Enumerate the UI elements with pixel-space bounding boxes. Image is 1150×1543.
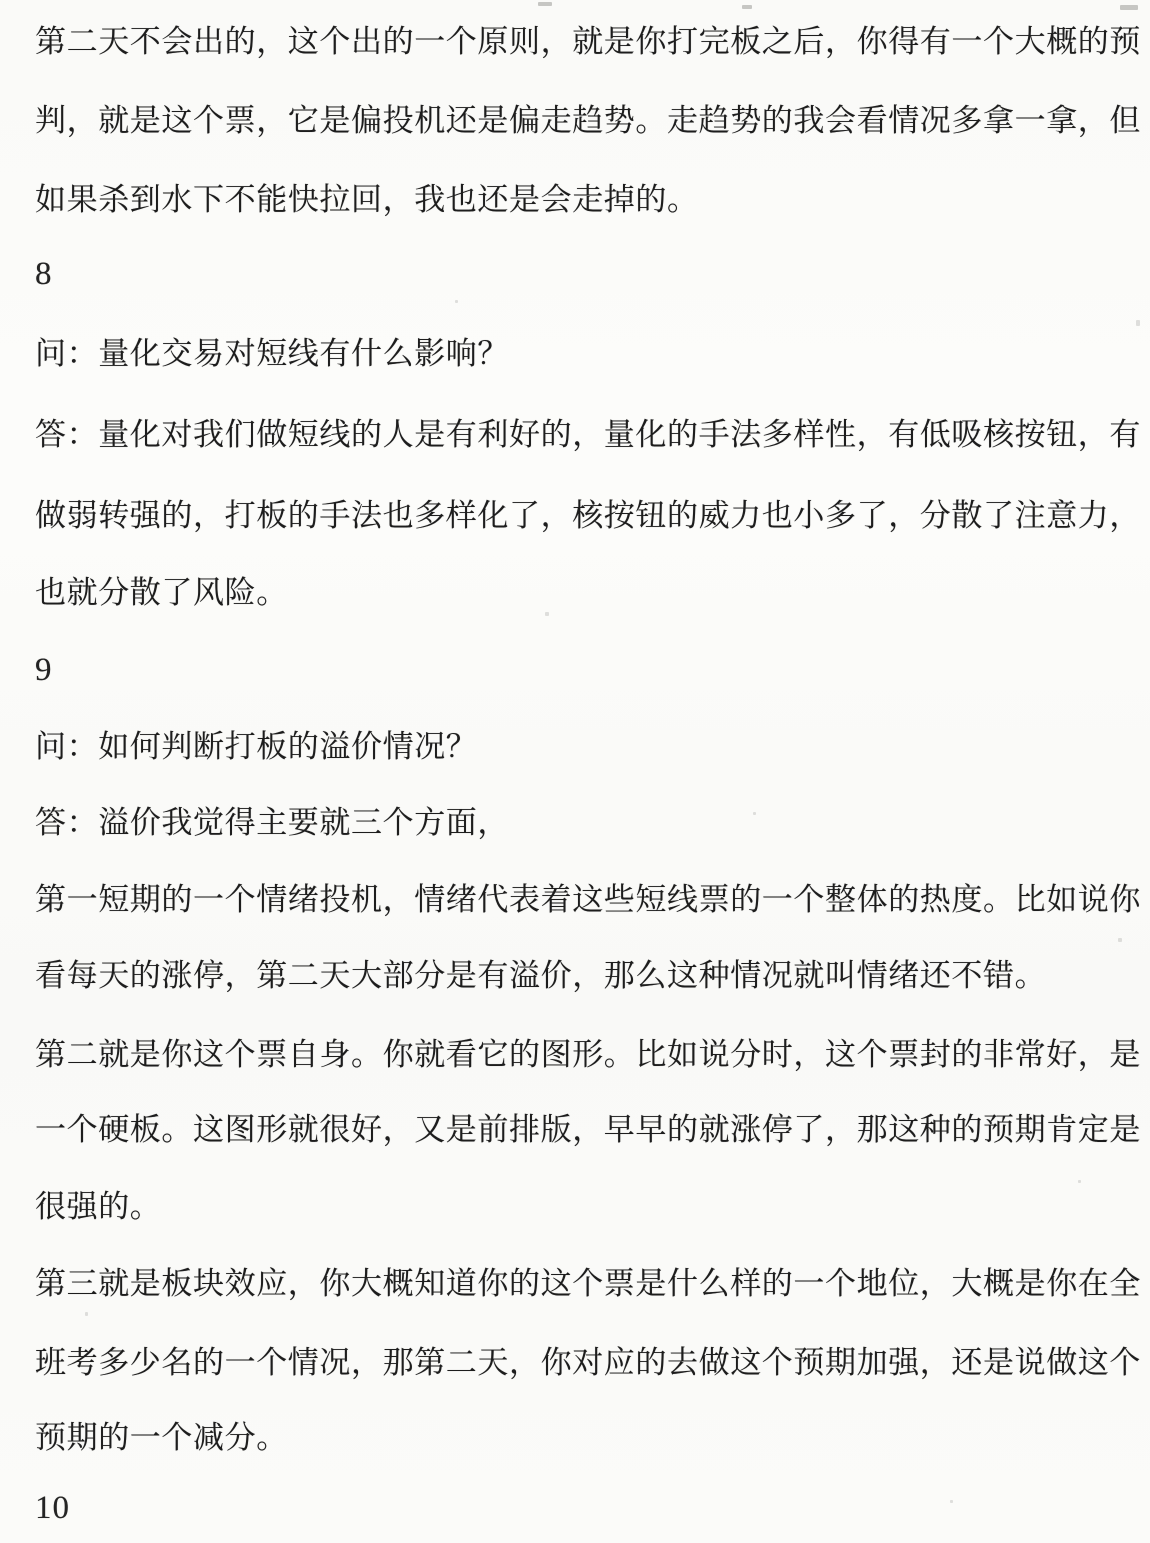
text-line: 判，就是这个票，它是偏投机还是偏走趋势。走趋势的我会看情况多拿一拿，但 [35,103,1135,139]
scan-speck [85,1312,88,1316]
text-line: 也就分散了风险。 [35,575,1135,611]
scan-speck [742,5,752,9]
question-line: 问：量化交易对短线有什么影响？ [35,336,1135,372]
scan-speck [1120,5,1138,10]
text-line: 一个硬板。这图形就很好，又是前排版，早早的就涨停了，那这种的预期肯定是 [35,1112,1135,1148]
section-number: 8 [35,256,1135,294]
scan-speck [300,745,302,747]
text-line: 班考多少名的一个情况，那第二天，你对应的去做这个预期加强，还是说做这个 [35,1345,1135,1381]
scan-speck [538,2,552,6]
question-line: 问：如何判断打板的溢价情况？ [35,729,1135,765]
text-line: 第一短期的一个情绪投机，情绪代表着这些短线票的一个整体的热度。比如说你 [35,882,1135,918]
scanned-page: 第二天不会出的，这个出的一个原则，就是你打完板之后，你得有一个大概的预 判，就是… [0,0,1150,1543]
scan-speck [950,1500,953,1503]
scan-speck [753,812,756,815]
text-line: 如果杀到水下不能快拉回，我也还是会走掉的。 [35,182,1135,218]
text-line: 第三就是板块效应，你大概知道你的这个票是什么样的一个地位，大概是你在全 [35,1266,1135,1302]
section-number: 10 [35,1490,1135,1528]
text-line: 很强的。 [35,1189,1135,1225]
scan-speck [1136,320,1140,326]
text-line: 第二就是你这个票自身。你就看它的图形。比如说分时，这个票封的非常好，是 [35,1037,1135,1073]
answer-line: 答：量化对我们做短线的人是有利好的，量化的手法多样性，有低吸核按钮，有 [35,417,1135,453]
text-line: 看每天的涨停，第二天大部分是有溢价，那么这种情况就叫情绪还不错。 [35,958,1135,994]
section-number: 9 [35,652,1135,690]
text-line: 预期的一个减分。 [35,1420,1135,1456]
scan-speck [1078,1180,1081,1183]
text-line: 第二天不会出的，这个出的一个原则，就是你打完板之后，你得有一个大概的预 [35,24,1135,60]
text-line: 做弱转强的，打板的手法也多样化了，核按钮的威力也小多了，分散了注意力， [35,498,1135,534]
scan-speck [455,300,458,303]
answer-line: 答：溢价我觉得主要就三个方面， [35,805,1135,841]
scan-speck [545,612,549,616]
scan-speck [1118,938,1122,942]
